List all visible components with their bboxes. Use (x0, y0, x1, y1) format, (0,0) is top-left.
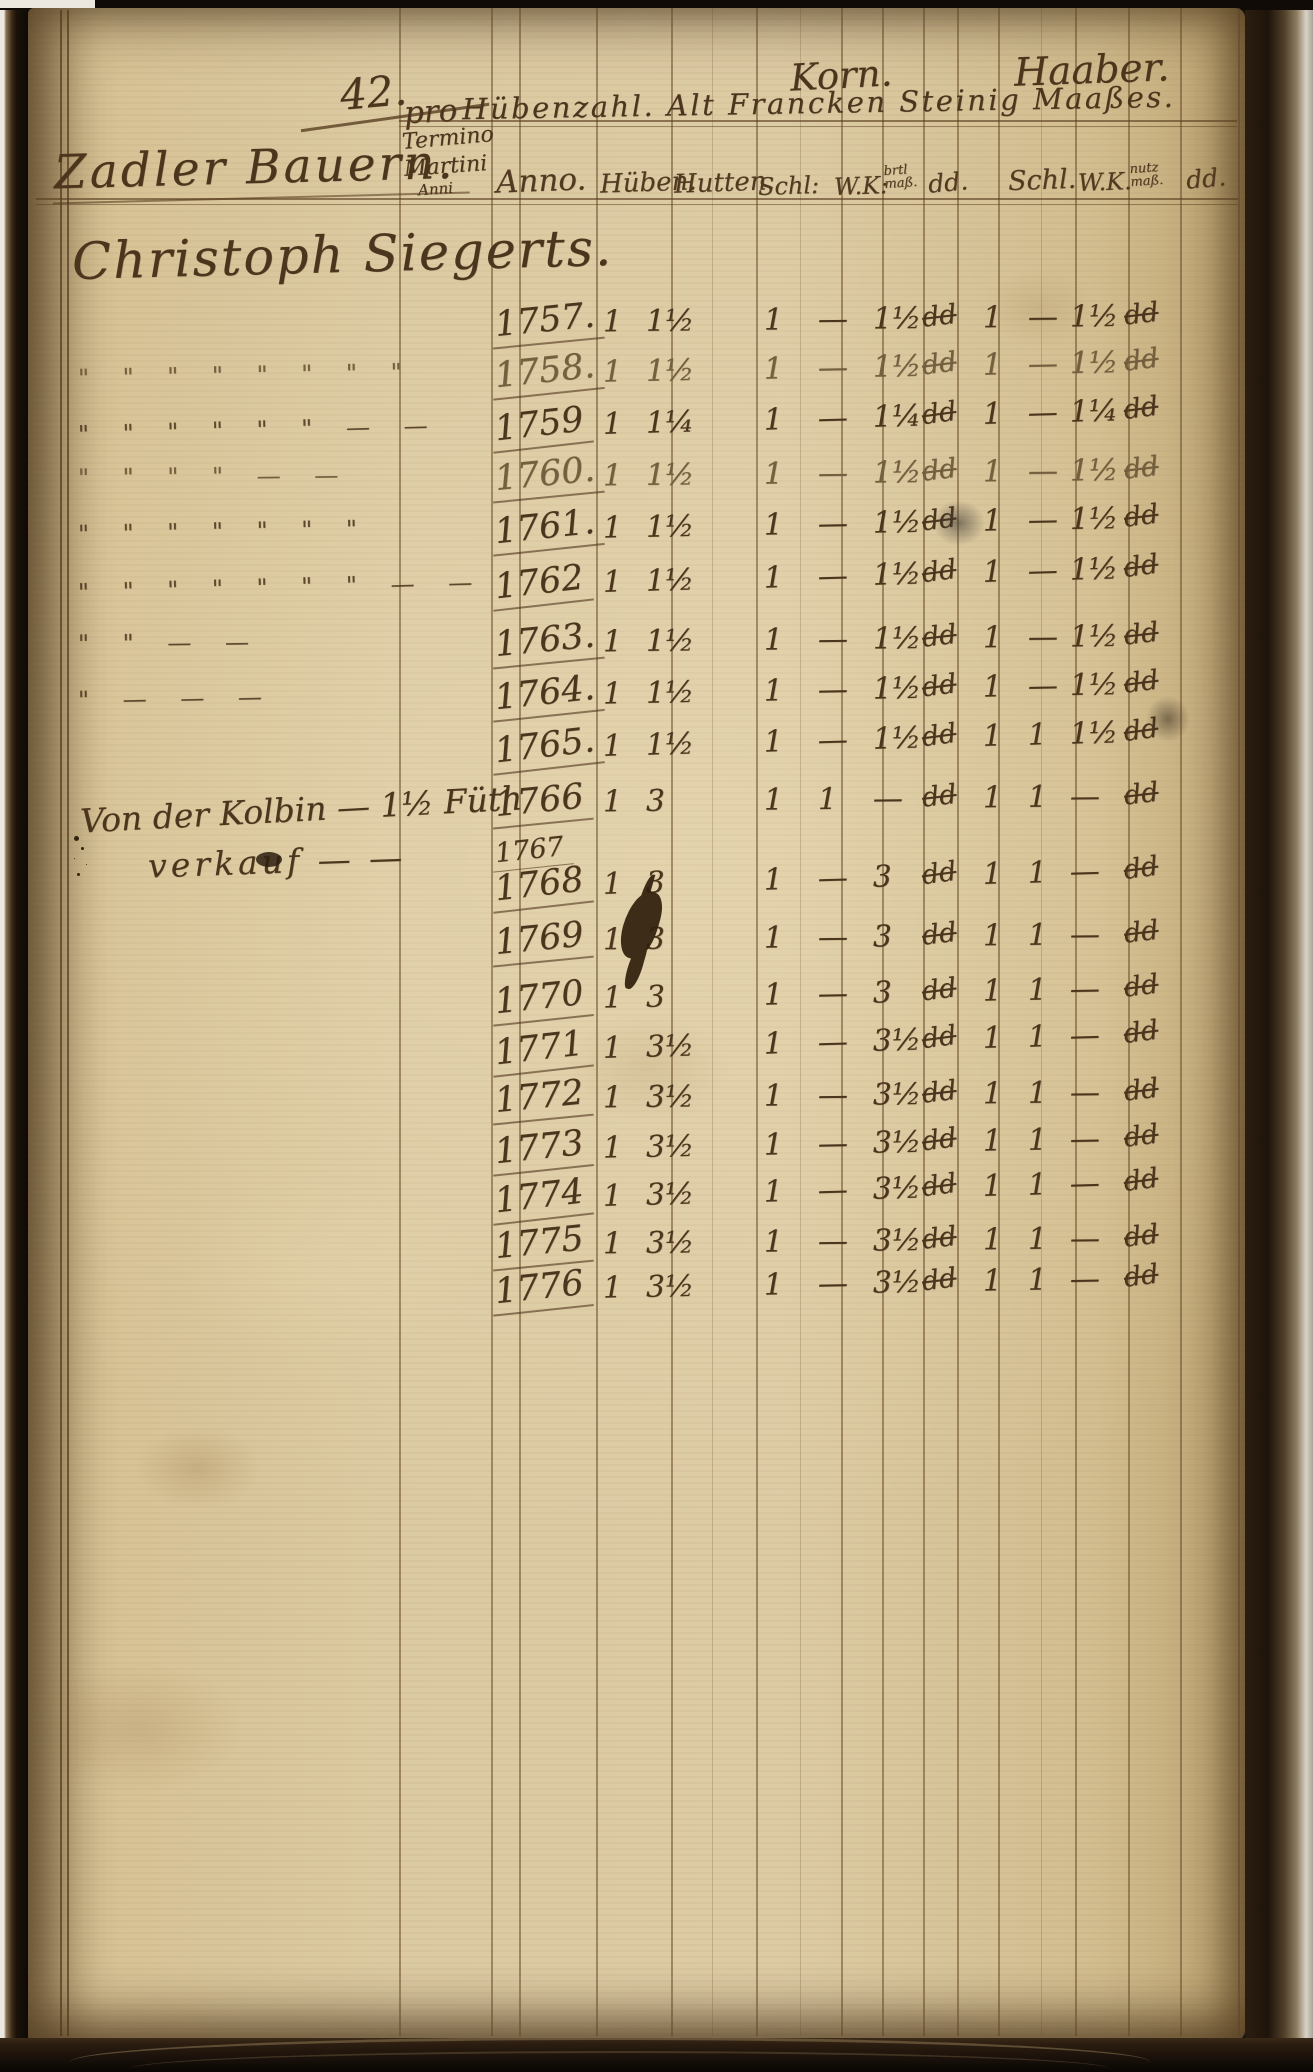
column-header-anno: Anno. (495, 161, 586, 200)
cell-h0: 1 (982, 396, 1002, 431)
cell-h2: 1½ (1070, 453, 1119, 489)
cell-year: 1769 (489, 914, 594, 968)
cell-h1: — (1027, 553, 1058, 589)
cell-k0: 1 (764, 782, 783, 817)
cell-hutten: 1½ (646, 353, 695, 389)
ledger-photo: 42. pro Hübenzahl. Alt Francken Steinig … (0, 0, 1313, 2072)
cell-h2: 1½ (1070, 345, 1119, 381)
cell-h2: — (1069, 854, 1100, 890)
cell-year: 1773 (489, 1122, 594, 1176)
cell-h3: dd (1122, 1073, 1160, 1108)
haaber-heading: Haaber. (1013, 45, 1170, 95)
cell-k1: — (818, 1126, 849, 1162)
cell-hueben: 1 (603, 354, 623, 389)
cell-h0: 1 (983, 1222, 1002, 1257)
cell-k3: dd (920, 1221, 958, 1256)
scanner-corner (0, 0, 95, 8)
cell-k2: 1½ (873, 455, 922, 491)
cell-h1: 1 (1028, 918, 1047, 953)
cell-h3: dd (1122, 391, 1160, 426)
cell-k3: dd (920, 668, 958, 703)
cell-h2: 1¼ (1069, 393, 1118, 429)
cell-h0: 1 (983, 620, 1002, 655)
cell-h1: — (1027, 395, 1058, 431)
cell-hueben: 1 (602, 728, 622, 763)
cell-h0: 1 (983, 918, 1002, 953)
cell-k2: 3 (873, 919, 892, 954)
cell-h3: dd (1122, 777, 1160, 812)
cell-h0: 1 (983, 1123, 1003, 1158)
cell-hutten: 3 (646, 784, 665, 819)
korn-heading: Korn. (789, 51, 893, 99)
cell-h3: dd (1122, 1163, 1160, 1198)
cell-k0: 1 (764, 920, 783, 955)
cell-h3: dd (1122, 665, 1160, 700)
column-header-korn-vtl: W.K: (834, 171, 889, 201)
cell-hueben: 1 (603, 1130, 623, 1165)
cell-hueben: 1 (603, 304, 622, 339)
column-header-haaber-mass-bottom: maß. (1130, 174, 1164, 189)
book-right-page-stack (1245, 0, 1313, 2072)
cell-year: 1764. (489, 667, 605, 723)
cell-k1: 1 (818, 782, 837, 817)
cell-h0: 1 (983, 454, 1002, 489)
cell-hutten: 1½ (645, 562, 694, 598)
cell-k1: — (818, 1224, 848, 1259)
cell-k1: — (818, 920, 848, 955)
cell-k1: — (818, 1266, 849, 1302)
cell-k0: 1 (763, 724, 783, 759)
book-bottom-edge (0, 2038, 1313, 2072)
cell-k3: dd (920, 554, 958, 589)
cell-k2: 1½ (873, 621, 922, 657)
cell-k1: — (818, 302, 848, 337)
cell-k0: 1 (764, 1267, 784, 1302)
cell-k2: 3 (872, 859, 892, 894)
cell-h0: 1 (983, 300, 1002, 335)
cell-k3: dd (920, 346, 958, 381)
folio-number: 42. (338, 65, 409, 120)
cell-hutten: 1½ (646, 509, 695, 545)
cell-h0: 1 (983, 780, 1002, 815)
cell-h3: dd (1122, 297, 1160, 332)
cell-k0: 1 (763, 1026, 783, 1061)
cell-k0: 1 (764, 622, 783, 657)
header-rule-1 (399, 120, 1237, 122)
cell-h2: 1½ (1070, 619, 1119, 655)
header-rule-1b (399, 126, 1237, 127)
cell-hueben: 1 (603, 1226, 622, 1261)
ink-smudge (1146, 696, 1190, 742)
cell-k2: 1½ (873, 301, 922, 337)
cell-h3: dd (1122, 1015, 1160, 1050)
cell-h1: — (1028, 668, 1059, 704)
cell-h1: — (1028, 346, 1059, 382)
cell-k1: — (818, 672, 849, 708)
cell-h0: 1 (983, 503, 1003, 538)
cell-ditto: " " " " — — (78, 461, 339, 492)
cell-k3: dd (920, 779, 958, 814)
cell-h2: — (1070, 1262, 1101, 1298)
cell-k3: dd (920, 1168, 958, 1203)
cell-hutten: 3½ (646, 1269, 695, 1305)
cell-h0: 1 (983, 347, 1003, 382)
column-header-haaber-dd: dd. (1185, 162, 1227, 194)
cell-ditto: " " " " " " " (78, 515, 358, 548)
cell-h0: 1 (983, 669, 1003, 704)
cell-k0: 1 (764, 1078, 783, 1113)
cell-hueben: 1 (603, 624, 622, 659)
cell-hutten: 1½ (646, 457, 695, 493)
cell-h1: — (1028, 454, 1058, 489)
cell-hutten: 1¼ (645, 404, 694, 440)
cell-hueben: 1 (603, 980, 623, 1015)
book-left-edge (0, 0, 30, 2072)
cell-k1: — (818, 506, 849, 542)
cell-k2: 3½ (873, 1223, 922, 1259)
entry-name: Christoph Siegerts. (71, 219, 614, 292)
column-header-korn-mass: brtl maß. (883, 163, 918, 191)
cell-h1: 1 (1028, 1076, 1047, 1111)
cell-k1: — (818, 622, 848, 657)
cell-hueben: 1 (603, 458, 622, 493)
cell-k0: 1 (764, 977, 784, 1012)
cell-hueben: 1 (602, 406, 622, 441)
cell-k0: 1 (764, 456, 783, 491)
cell-h3: dd (1122, 1119, 1160, 1154)
cell-k0: 1 (763, 1174, 783, 1209)
cell-k2: 3½ (873, 1265, 922, 1301)
cell-k0: 1 (764, 351, 784, 386)
cell-hutten: 1½ (646, 675, 695, 711)
cell-year: 1771 (489, 1023, 594, 1078)
cell-k0: 1 (764, 1127, 784, 1162)
ink-smudge (933, 500, 985, 546)
cell-h0: 1 (983, 973, 1003, 1008)
cell-k0: 1 (764, 302, 783, 337)
cell-h1: — (1028, 502, 1059, 538)
cell-k2: 1½ (873, 505, 922, 541)
cell-year: 1763. (489, 615, 605, 670)
cell-h0: 1 (982, 1168, 1002, 1203)
cell-year: 1760. (489, 449, 605, 504)
cell-k3: dd (920, 718, 958, 753)
cell-k3: dd (920, 453, 958, 488)
cell-hutten: 3½ (645, 1028, 694, 1064)
cell-hueben: 1 (602, 1178, 622, 1213)
header-rule-2 (36, 198, 1238, 200)
cell-h2: — (1070, 972, 1101, 1008)
cell-ditto: " " " " " " " — — (78, 568, 473, 606)
cell-hutten: 1½ (646, 303, 695, 339)
cell-h1: 1 (1028, 1122, 1048, 1157)
cell-hueben: 1 (603, 676, 623, 711)
cell-h3: dd (1122, 969, 1160, 1004)
cell-h0: 1 (983, 1076, 1002, 1111)
cell-h3: dd (1122, 549, 1160, 584)
cell-h2: — (1070, 779, 1100, 814)
cell-k2: 1½ (872, 557, 921, 593)
cell-h3: dd (1122, 1219, 1160, 1254)
cell-hutten: 3½ (646, 1129, 695, 1165)
cell-h3: dd (1122, 915, 1160, 950)
cell-h0: 1 (983, 1263, 1003, 1298)
cell-h1: 1 (1028, 1262, 1048, 1297)
cell-h3: dd (1122, 343, 1160, 378)
cell-ditto: " — — — (78, 683, 262, 714)
cell-year: 1774 (489, 1171, 594, 1226)
cell-k3: dd (920, 1122, 958, 1157)
cell-h3: dd (1122, 451, 1160, 486)
cell-k3: dd (920, 1020, 958, 1055)
ink-speckles (74, 836, 79, 841)
cell-k1: — (818, 350, 849, 386)
section-heading: Zadler Bauern. (51, 135, 470, 205)
cell-h3: dd (1122, 1259, 1160, 1294)
cell-ditto: " " " " " " " " (78, 358, 402, 392)
cell-h2: — (1069, 1166, 1100, 1202)
column-header-korn-dd: dd. (927, 166, 969, 198)
cell-k1: — (817, 1172, 848, 1208)
cell-k2: 1½ (873, 349, 922, 385)
cell-ditto: " " — — (78, 628, 249, 658)
cell-k2: 3½ (872, 1023, 921, 1059)
cell-h0: 1 (982, 1020, 1002, 1055)
cell-year: 1762 (489, 557, 594, 612)
cell-h2: 1½ (1070, 667, 1119, 703)
cell-k1: — (817, 400, 848, 436)
cell-year: 1765. (489, 719, 605, 775)
header-rule-2b (36, 204, 1238, 205)
cell-k0: 1 (763, 560, 783, 595)
cell-hueben: 1 (603, 1270, 623, 1305)
cell-k2: 1¼ (872, 399, 921, 435)
cell-hutten: 1½ (645, 726, 694, 762)
cell-k1: — (818, 976, 849, 1012)
cell-year: 1772 (489, 1072, 594, 1126)
cell-k3: dd (920, 619, 958, 654)
cell-h1: 1 (1028, 1222, 1047, 1257)
cell-h2: 1½ (1070, 501, 1119, 537)
column-header-haaber-mass: nutz maß. (1129, 161, 1164, 189)
cell-h2: — (1069, 1018, 1100, 1054)
cell-year: 1776 (489, 1262, 594, 1316)
cell-hueben: 1 (602, 866, 622, 901)
cell-hueben: 1 (603, 1080, 622, 1115)
cell-k2: 3½ (872, 1171, 921, 1207)
cell-hutten: 3½ (646, 1079, 695, 1115)
cell-k3: dd (920, 972, 958, 1007)
cell-hueben: 1 (603, 510, 623, 545)
cell-k2: 3½ (873, 1125, 922, 1161)
cell-hutten: 3½ (645, 1176, 694, 1212)
cell-h2: — (1070, 1221, 1100, 1256)
cell-h1: 1 (1027, 1019, 1047, 1054)
cell-year: 1766 (489, 776, 594, 830)
cell-h3: dd (1122, 851, 1160, 886)
cell-k2: 3 (873, 975, 893, 1010)
cell-h3: dd (1122, 617, 1160, 652)
cell-year: 1761. (489, 501, 605, 557)
cell-k1: — (818, 1078, 848, 1113)
cell-k0: 1 (763, 402, 783, 437)
cell-h1: 1 (1028, 972, 1048, 1007)
cell-h1: 1 (1027, 717, 1047, 752)
cell-k1: — (817, 1024, 848, 1060)
cell-hueben: 1 (602, 1030, 622, 1065)
cell-h2: — (1070, 1122, 1101, 1158)
cell-hueben: 1 (603, 784, 622, 819)
cell-hutten: 3 (646, 979, 666, 1014)
cell-k3: dd (920, 299, 958, 334)
cell-k1: — (817, 558, 848, 594)
ink-blot (256, 852, 282, 867)
cell-h3: dd (1122, 499, 1160, 534)
cell-k0: 1 (764, 507, 784, 542)
cell-k1: — (817, 860, 848, 896)
cell-k3: dd (920, 396, 958, 431)
cell-h1: — (1028, 300, 1058, 335)
cell-year: 1757. (489, 295, 605, 350)
cell-year: 1758. (489, 345, 605, 401)
cell-k3: dd (920, 1262, 958, 1297)
cell-k0: 1 (763, 862, 783, 897)
cell-h0: 1 (982, 718, 1002, 753)
cell-k2: 1½ (873, 671, 922, 707)
cell-k0: 1 (764, 673, 784, 708)
cell-year: 1770 (489, 972, 594, 1026)
cell-k0: 1 (764, 1224, 783, 1259)
cell-h2: — (1070, 1075, 1100, 1110)
cell-h2: 1½ (1070, 299, 1119, 335)
cell-h0: 1 (982, 554, 1002, 589)
ledger-page: 42. pro Hübenzahl. Alt Francken Steinig … (28, 8, 1245, 2042)
cell-h2: 1½ (1069, 715, 1118, 751)
cell-k2: — (873, 781, 903, 816)
column-header-korn-mass-bottom: maß. (884, 176, 918, 191)
cell-h1: — (1028, 620, 1058, 655)
column-header-korn-schl: Schl: (758, 171, 820, 201)
cell-hueben: 1 (603, 922, 622, 957)
cell-h2: — (1070, 917, 1100, 952)
cell-year: 1759 (489, 399, 594, 454)
cell-h1: 1 (1027, 1167, 1047, 1202)
column-header-haaber-schl: Schl. (1007, 164, 1076, 197)
cell-k3: dd (920, 856, 958, 891)
cell-hutten: 3½ (646, 1225, 695, 1261)
cell-hutten: 1½ (646, 623, 695, 659)
cell-h1: 1 (1027, 855, 1047, 890)
cell-h1: 1 (1028, 780, 1047, 815)
cell-k2: 1½ (872, 721, 921, 757)
cell-k1: — (818, 456, 848, 491)
column-header-haaber-vtl: W.K. (1078, 167, 1133, 197)
cell-h2: 1½ (1069, 551, 1118, 587)
cell-k2: 3½ (873, 1077, 922, 1113)
cell-k3: dd (920, 917, 958, 952)
cell-hueben: 1 (602, 564, 622, 599)
cell-k3: dd (920, 1075, 958, 1110)
cell-h0: 1 (982, 856, 1002, 891)
cell-ditto: " " " " " " — — (78, 411, 428, 448)
cell-k1: — (817, 722, 848, 758)
